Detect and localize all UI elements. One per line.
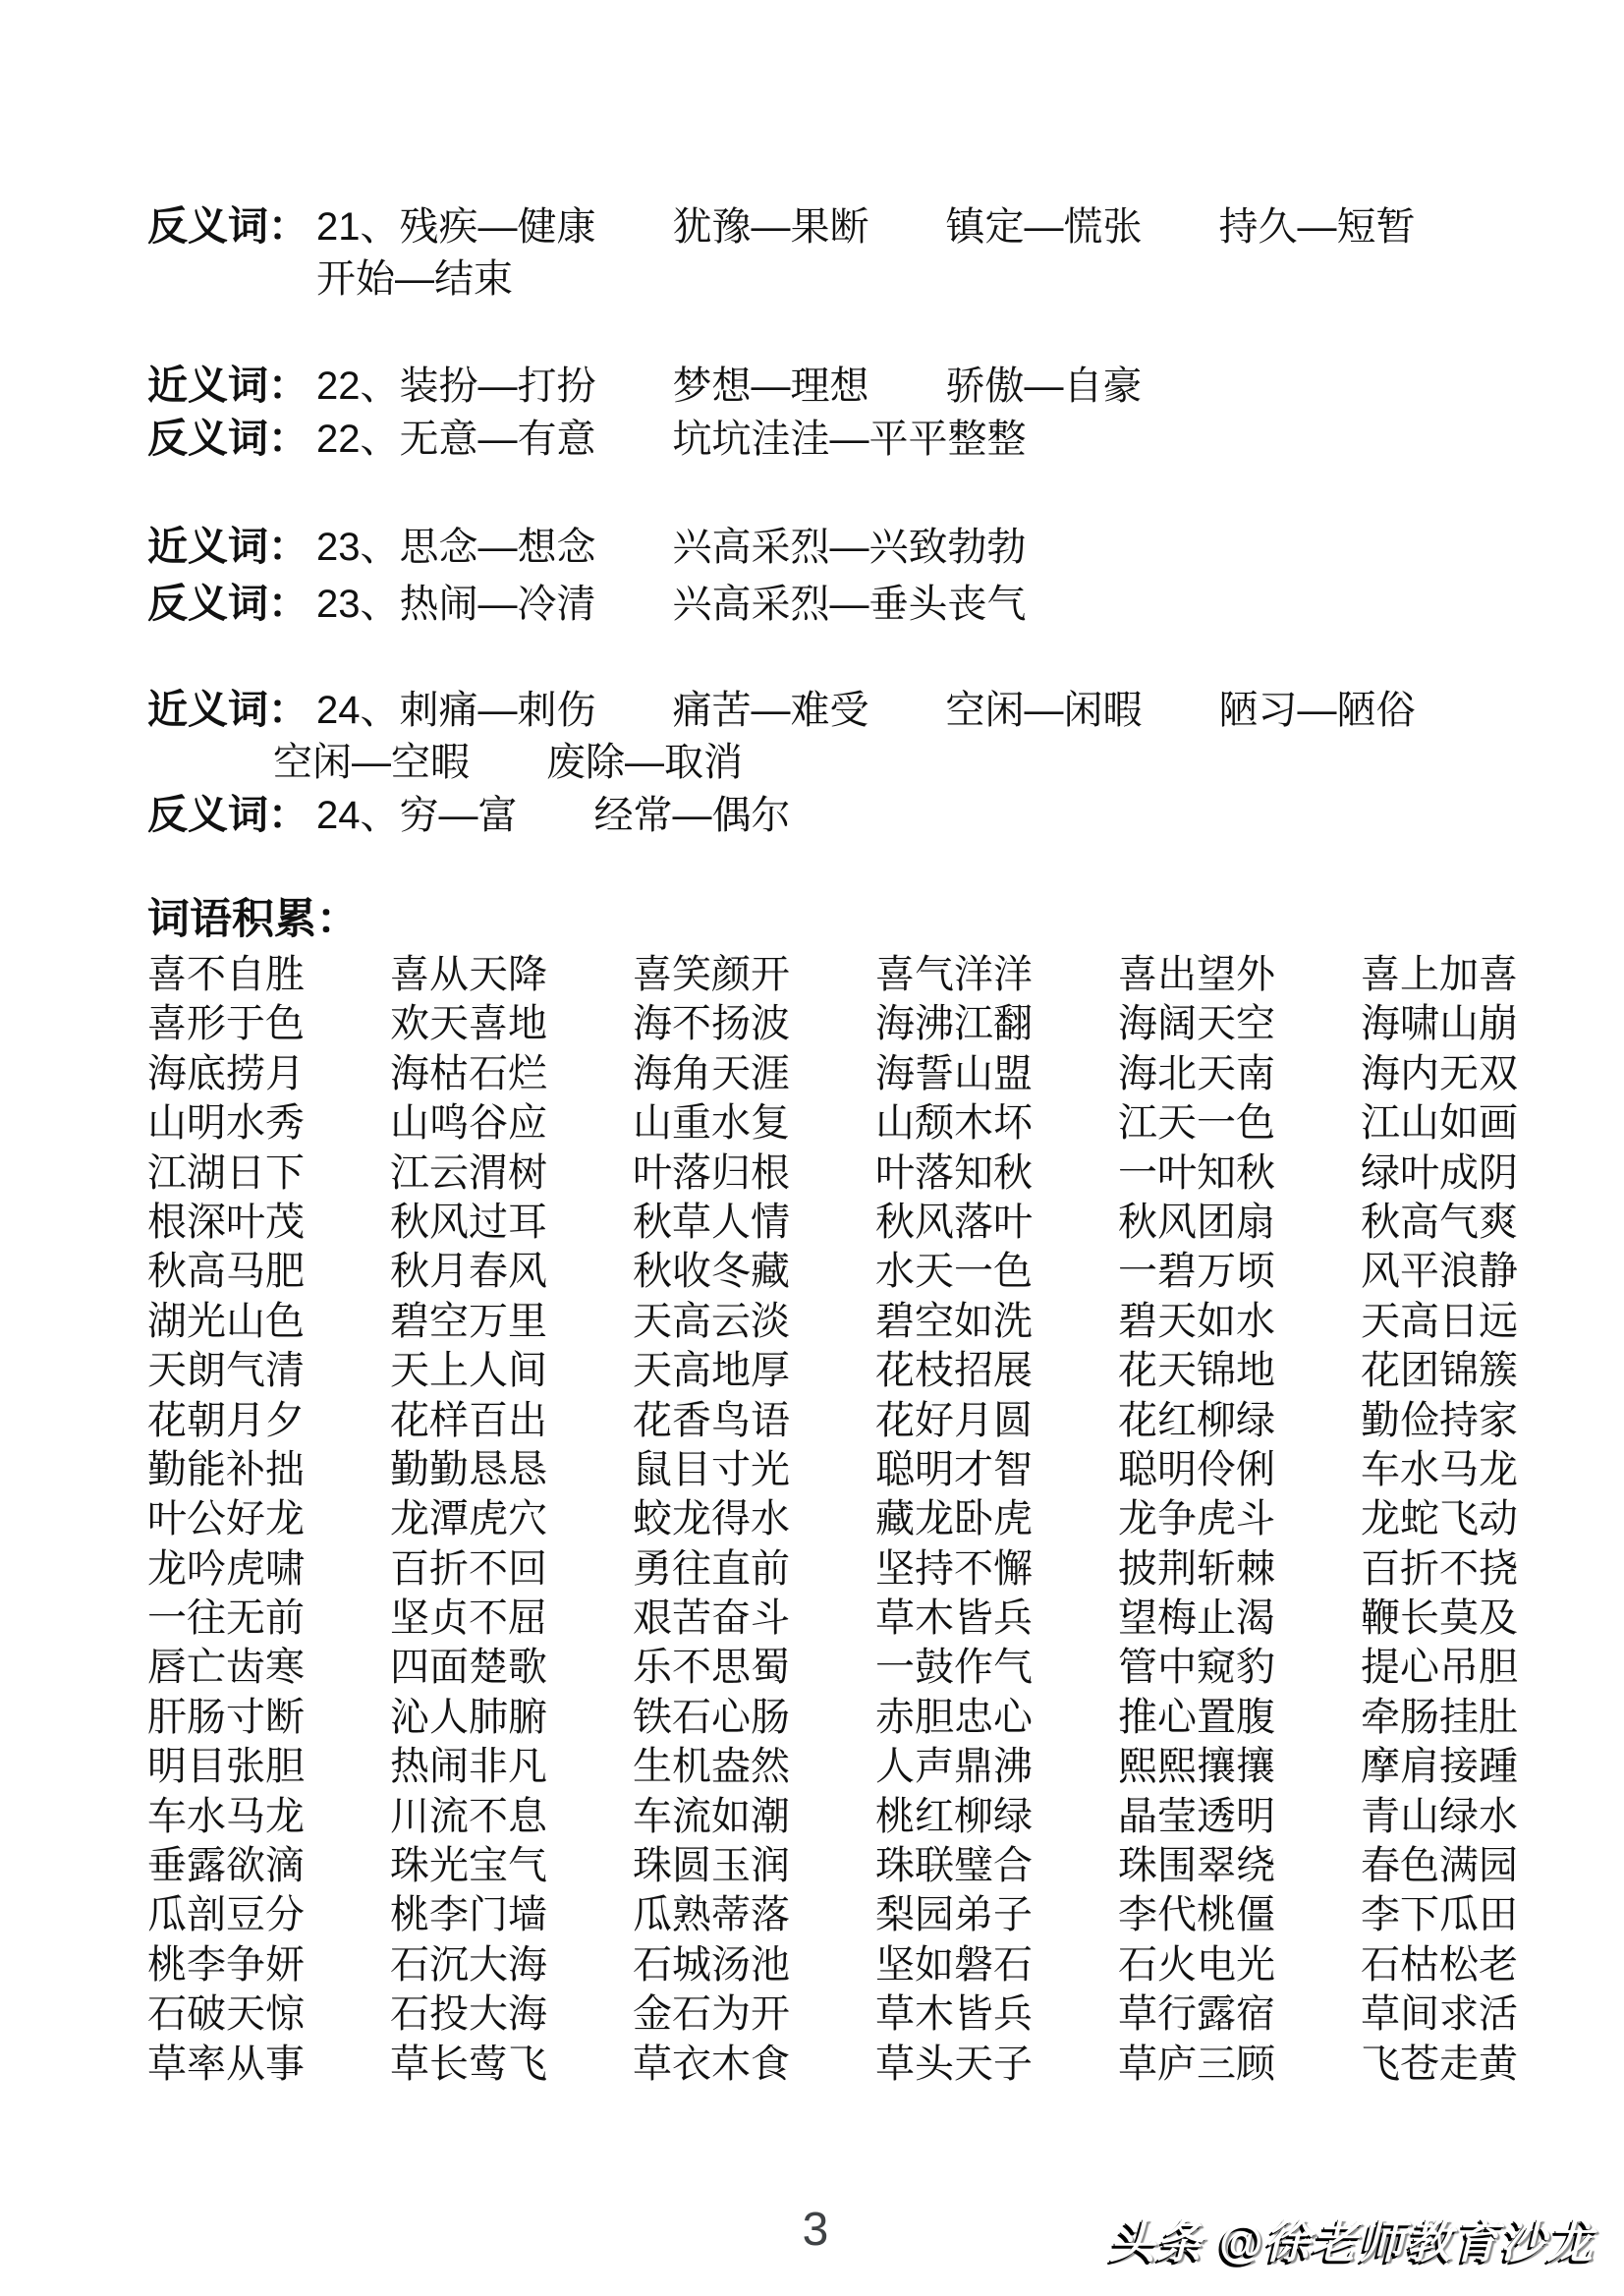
idiom: 碧空如洗 [875, 1297, 1118, 1346]
idiom: 蛟龙得水 [633, 1494, 875, 1543]
idiom: 一碧万顷 [1118, 1247, 1361, 1296]
word-pair-section: 近义词：24、刺痛—刺伤痛苦—难受空闲—闲暇陋习—陋俗空闲—空暇废除—取消 [147, 684, 1416, 789]
idiom: 秋高马肥 [147, 1247, 390, 1296]
idiom: 珠圆玉润 [633, 1841, 875, 1890]
idiom: 海阔天空 [1118, 999, 1361, 1048]
idiom: 青山绿水 [1361, 1792, 1603, 1841]
section-line: 反义词：22、无意—有意坑坑洼洼—平平整整 [147, 413, 1027, 466]
idiom: 花枝招展 [875, 1346, 1118, 1395]
idiom: 石枯松老 [1361, 1940, 1603, 1989]
idiom: 海沸江翻 [875, 999, 1118, 1048]
section-label: 反义词： [147, 578, 316, 630]
idiom: 海底捞月 [147, 1049, 390, 1098]
idiom: 天高地厚 [633, 1346, 875, 1395]
word-pair: 24、穷—富 [316, 794, 518, 837]
idiom: 管中窥豹 [1118, 1643, 1361, 1692]
vocab-heading: 词语积累： [147, 892, 359, 947]
section-line: 反义词：24、穷—富经常—偶尔 [147, 789, 791, 842]
idiom: 草长莺飞 [390, 2040, 633, 2089]
idiom: 鞭长莫及 [1361, 1594, 1603, 1643]
word-pair: 经常—偶尔 [594, 794, 791, 837]
idiom: 山颓木坏 [875, 1098, 1118, 1148]
word-pair: 兴高采烈—垂头丧气 [673, 583, 1027, 626]
section-label: 反义词： [147, 789, 316, 841]
idiom-row: 天朗气清天上人间天高地厚花枝招展花天锦地花团锦簇 [147, 1346, 1603, 1395]
idiom: 花天锦地 [1118, 1346, 1361, 1395]
idiom-row: 根深叶茂秋风过耳秋草人情秋风落叶秋风团扇秋高气爽 [147, 1198, 1603, 1247]
idiom: 勤能补拙 [147, 1445, 390, 1494]
idiom: 垂露欲滴 [147, 1841, 390, 1890]
idiom: 赤胆忠心 [875, 1693, 1118, 1742]
word-pair: 24、刺痛—刺伤 [316, 689, 596, 732]
idiom: 明目张胆 [147, 1742, 390, 1791]
idiom: 一叶知秋 [1118, 1148, 1361, 1198]
idiom: 摩肩接踵 [1361, 1742, 1603, 1791]
section-line: 反义词：23、热闹—冷清兴高采烈—垂头丧气 [147, 578, 1027, 631]
idiom: 海不扬波 [633, 999, 875, 1048]
idiom-row: 叶公好龙龙潭虎穴蛟龙得水藏龙卧虎龙争虎斗龙蛇飞动 [147, 1494, 1603, 1543]
idiom: 湖光山色 [147, 1297, 390, 1346]
idiom: 欢天喜地 [390, 999, 633, 1048]
word-pair: 废除—取消 [546, 741, 743, 784]
idiom: 金石为开 [633, 1989, 875, 2039]
word-pair: 梦想—理想 [673, 364, 869, 408]
word-pair: 空闲—空暇 [273, 741, 470, 784]
idiom: 一鼓作气 [875, 1643, 1118, 1692]
word-pair-section: 反义词：22、无意—有意坑坑洼洼—平平整整 [147, 413, 1027, 466]
word-pair: 23、思念—想念 [316, 526, 596, 569]
idiom: 龙争虎斗 [1118, 1494, 1361, 1543]
idiom: 珠光宝气 [390, 1841, 633, 1890]
idiom: 草木皆兵 [875, 1594, 1118, 1643]
idiom: 石投大海 [390, 1989, 633, 2039]
idiom: 瓜熟蒂落 [633, 1890, 875, 1939]
word-pair: 21、残疾—健康 [316, 205, 596, 249]
idiom: 坚贞不屈 [390, 1594, 633, 1643]
word-pair-section: 反义词：23、热闹—冷清兴高采烈—垂头丧气 [147, 578, 1027, 631]
idiom: 牵肠挂肚 [1361, 1693, 1603, 1742]
idiom: 四面楚歌 [390, 1643, 633, 1692]
idiom-row: 湖光山色碧空万里天高云淡碧空如洗碧天如水天高日远 [147, 1297, 1603, 1346]
idiom: 江山如画 [1361, 1098, 1603, 1148]
idiom: 艰苦奋斗 [633, 1594, 875, 1643]
section-line: 近义词：23、思念—想念兴高采烈—兴致勃勃 [147, 521, 1027, 574]
idiom: 鼠目寸光 [633, 1445, 875, 1494]
section-label: 近义词： [147, 684, 316, 736]
idiom: 喜出望外 [1118, 950, 1361, 999]
section-label: 近义词： [147, 521, 316, 573]
idiom: 花香鸟语 [633, 1396, 875, 1445]
idiom: 海枯石烂 [390, 1049, 633, 1098]
idiom-row: 垂露欲滴珠光宝气珠圆玉润珠联璧合珠围翠绕春色满园 [147, 1841, 1603, 1890]
idiom: 秋草人情 [633, 1198, 875, 1247]
section-line: 开始—结束 [147, 253, 1416, 306]
section-line: 近义词：22、装扮—打扮梦想—理想骄傲—自豪 [147, 360, 1143, 413]
word-pair-section: 反义词：24、穷—富经常—偶尔 [147, 789, 791, 842]
idiom: 勤勤恳恳 [390, 1445, 633, 1494]
idiom: 秋风过耳 [390, 1198, 633, 1247]
idiom: 草间求活 [1361, 1989, 1603, 2039]
idiom: 秋月春风 [390, 1247, 633, 1296]
idiom: 喜笑颜开 [633, 950, 875, 999]
idiom: 晶莹透明 [1118, 1792, 1361, 1841]
idiom: 海啸山崩 [1361, 999, 1603, 1048]
idiom: 草行露宿 [1118, 1989, 1361, 2039]
idiom: 草头天子 [875, 2040, 1118, 2089]
idiom: 龙蛇飞动 [1361, 1494, 1603, 1543]
word-pair: 22、装扮—打扮 [316, 364, 596, 408]
section-label: 反义词： [147, 200, 316, 252]
word-pair: 骄傲—自豪 [946, 364, 1143, 408]
idiom-row: 海底捞月海枯石烂海角天涯海誓山盟海北天南海内无双 [147, 1049, 1603, 1098]
idiom: 海誓山盟 [875, 1049, 1118, 1098]
idiom-row: 花朝月夕花样百出花香鸟语花好月圆花红柳绿勤俭持家 [147, 1396, 1603, 1445]
idiom-row: 石破天惊石投大海金石为开草木皆兵草行露宿草间求活 [147, 1989, 1603, 2039]
idiom: 喜从天降 [390, 950, 633, 999]
section-line: 近义词：24、刺痛—刺伤痛苦—难受空闲—闲暇陋习—陋俗 [147, 684, 1416, 737]
idiom: 石沉大海 [390, 1940, 633, 1989]
idiom: 坚持不懈 [875, 1544, 1118, 1594]
idiom-grid: 喜不自胜喜从天降喜笑颜开喜气洋洋喜出望外喜上加喜喜形于色欢天喜地海不扬波海沸江翻… [147, 950, 1603, 2089]
word-pair: 23、热闹—冷清 [316, 583, 596, 626]
idiom-row: 山明水秀山鸣谷应山重水复山颓木坏江天一色江山如画 [147, 1098, 1603, 1148]
idiom: 天朗气清 [147, 1346, 390, 1395]
idiom: 百折不回 [390, 1544, 633, 1594]
idiom: 百折不挠 [1361, 1544, 1603, 1594]
idiom: 海角天涯 [633, 1049, 875, 1098]
idiom: 天高云淡 [633, 1297, 875, 1346]
idiom: 飞苍走黄 [1361, 2040, 1603, 2089]
idiom: 车水马龙 [147, 1792, 390, 1841]
idiom: 花样百出 [390, 1396, 633, 1445]
idiom-row: 明目张胆热闹非凡生机盎然人声鼎沸熙熙攘攘摩肩接踵 [147, 1742, 1603, 1791]
word-pair: 坑坑洼洼—平平整整 [673, 418, 1027, 461]
idiom: 喜气洋洋 [875, 950, 1118, 999]
idiom: 秋风团扇 [1118, 1198, 1361, 1247]
idiom: 江湖日下 [147, 1148, 390, 1198]
idiom: 肝肠寸断 [147, 1693, 390, 1742]
idiom: 秋风落叶 [875, 1198, 1118, 1247]
page-number: 3 [747, 2203, 884, 2257]
word-pair: 22、无意—有意 [316, 418, 596, 461]
idiom: 一往无前 [147, 1594, 390, 1643]
idiom: 喜形于色 [147, 999, 390, 1048]
idiom: 绿叶成阴 [1361, 1148, 1603, 1198]
idiom: 热闹非凡 [390, 1742, 633, 1791]
word-pair: 陋习—陋俗 [1219, 689, 1416, 732]
idiom: 唇亡齿寒 [147, 1643, 390, 1692]
idiom: 人声鼎沸 [875, 1742, 1118, 1791]
idiom-row: 车水马龙川流不息车流如潮桃红柳绿晶莹透明青山绿水 [147, 1792, 1603, 1841]
word-pair: 犹豫—果断 [673, 205, 869, 249]
idiom: 李下瓜田 [1361, 1890, 1603, 1939]
idiom-row: 勤能补拙勤勤恳恳鼠目寸光聪明才智聪明伶俐车水马龙 [147, 1445, 1603, 1494]
idiom: 石城汤池 [633, 1940, 875, 1989]
idiom: 海内无双 [1361, 1049, 1603, 1098]
idiom: 天高日远 [1361, 1297, 1603, 1346]
idiom: 坚如磐石 [875, 1940, 1118, 1989]
idiom: 川流不息 [390, 1792, 633, 1841]
idiom: 藏龙卧虎 [875, 1494, 1118, 1543]
watermark: 头条 @徐老师教育沙龙 [1109, 2207, 1595, 2271]
document-page: 反义词：21、残疾—健康犹豫—果断镇定—慌张持久—短暂开始—结束近义词：22、装… [0, 0, 1624, 2296]
idiom: 花红柳绿 [1118, 1396, 1361, 1445]
idiom-row: 草率从事草长莺飞草衣木食草头天子草庐三顾飞苍走黄 [147, 2040, 1603, 2089]
idiom: 瓜剖豆分 [147, 1890, 390, 1939]
word-pair-section: 近义词：23、思念—想念兴高采烈—兴致勃勃 [147, 521, 1027, 574]
idiom: 桃李争妍 [147, 1940, 390, 1989]
section-label: 反义词： [147, 413, 316, 465]
idiom: 碧天如水 [1118, 1297, 1361, 1346]
idiom: 李代桃僵 [1118, 1890, 1361, 1939]
idiom: 梨园弟子 [875, 1890, 1118, 1939]
idiom-row: 江湖日下江云渭树叶落归根叶落知秋一叶知秋绿叶成阴 [147, 1148, 1603, 1198]
idiom: 披荆斩棘 [1118, 1544, 1361, 1594]
idiom: 车水马龙 [1361, 1445, 1603, 1494]
idiom: 珠联璧合 [875, 1841, 1118, 1890]
idiom: 叶落归根 [633, 1148, 875, 1198]
idiom: 乐不思蜀 [633, 1643, 875, 1692]
idiom-row: 肝肠寸断沁人肺腑铁石心肠赤胆忠心推心置腹牵肠挂肚 [147, 1693, 1603, 1742]
idiom: 提心吊胆 [1361, 1643, 1603, 1692]
idiom: 草庐三顾 [1118, 2040, 1361, 2089]
idiom: 聪明才智 [875, 1445, 1118, 1494]
idiom: 山鸣谷应 [390, 1098, 633, 1148]
idiom: 江天一色 [1118, 1098, 1361, 1148]
word-pair: 痛苦—难受 [673, 689, 869, 732]
idiom: 春色满园 [1361, 1841, 1603, 1890]
idiom: 推心置腹 [1118, 1693, 1361, 1742]
idiom: 秋收冬藏 [633, 1247, 875, 1296]
section-line: 反义词：21、残疾—健康犹豫—果断镇定—慌张持久—短暂 [147, 200, 1416, 253]
idiom: 风平浪静 [1361, 1247, 1603, 1296]
idiom: 车流如潮 [633, 1792, 875, 1841]
idiom: 叶落知秋 [875, 1148, 1118, 1198]
idiom: 沁人肺腑 [390, 1693, 633, 1742]
idiom-row: 一往无前坚贞不屈艰苦奋斗草木皆兵望梅止渴鞭长莫及 [147, 1594, 1603, 1643]
idiom: 花团锦簇 [1361, 1346, 1603, 1395]
idiom: 熙熙攘攘 [1118, 1742, 1361, 1791]
idiom: 碧空万里 [390, 1297, 633, 1346]
idiom: 珠围翠绕 [1118, 1841, 1361, 1890]
idiom-row: 桃李争妍石沉大海石城汤池坚如磐石石火电光石枯松老 [147, 1940, 1603, 1989]
idiom: 望梅止渴 [1118, 1594, 1361, 1643]
idiom: 生机盎然 [633, 1742, 875, 1791]
idiom-row: 瓜剖豆分桃李门墙瓜熟蒂落梨园弟子李代桃僵李下瓜田 [147, 1890, 1603, 1939]
idiom: 花好月圆 [875, 1396, 1118, 1445]
idiom: 喜上加喜 [1361, 950, 1603, 999]
idiom: 草率从事 [147, 2040, 390, 2089]
word-pair-section: 近义词：22、装扮—打扮梦想—理想骄傲—自豪 [147, 360, 1143, 413]
idiom: 山明水秀 [147, 1098, 390, 1148]
idiom: 勇往直前 [633, 1544, 875, 1594]
word-pair: 空闲—闲暇 [946, 689, 1143, 732]
section-line: 空闲—空暇废除—取消 [147, 737, 1416, 789]
idiom-row: 龙吟虎啸百折不回勇往直前坚持不懈披荆斩棘百折不挠 [147, 1544, 1603, 1594]
idiom: 根深叶茂 [147, 1198, 390, 1247]
idiom: 花朝月夕 [147, 1396, 390, 1445]
word-pair: 兴高采烈—兴致勃勃 [673, 526, 1027, 569]
idiom: 龙潭虎穴 [390, 1494, 633, 1543]
idiom: 水天一色 [875, 1247, 1118, 1296]
idiom: 勤俭持家 [1361, 1396, 1603, 1445]
idiom: 天上人间 [390, 1346, 633, 1395]
word-pair: 镇定—慌张 [946, 205, 1143, 249]
idiom: 江云渭树 [390, 1148, 633, 1198]
idiom-row: 喜形于色欢天喜地海不扬波海沸江翻海阔天空海啸山崩 [147, 999, 1603, 1048]
idiom: 喜不自胜 [147, 950, 390, 999]
idiom: 铁石心肠 [633, 1693, 875, 1742]
idiom: 草衣木食 [633, 2040, 875, 2089]
idiom: 秋高气爽 [1361, 1198, 1603, 1247]
idiom: 龙吟虎啸 [147, 1544, 390, 1594]
idiom: 聪明伶俐 [1118, 1445, 1361, 1494]
word-pair: 持久—短暂 [1219, 205, 1416, 249]
idiom: 海北天南 [1118, 1049, 1361, 1098]
idiom: 草木皆兵 [875, 1989, 1118, 2039]
word-pair-section: 反义词：21、残疾—健康犹豫—果断镇定—慌张持久—短暂开始—结束 [147, 200, 1416, 306]
idiom: 山重水复 [633, 1098, 875, 1148]
idiom-row: 秋高马肥秋月春风秋收冬藏水天一色一碧万顷风平浪静 [147, 1247, 1603, 1296]
idiom: 石破天惊 [147, 1989, 390, 2039]
idiom-row: 唇亡齿寒四面楚歌乐不思蜀一鼓作气管中窥豹提心吊胆 [147, 1643, 1603, 1692]
idiom: 石火电光 [1118, 1940, 1361, 1989]
idiom: 桃李门墙 [390, 1890, 633, 1939]
section-label: 近义词： [147, 360, 316, 412]
idiom: 叶公好龙 [147, 1494, 390, 1543]
idiom-row: 喜不自胜喜从天降喜笑颜开喜气洋洋喜出望外喜上加喜 [147, 950, 1603, 999]
idiom: 桃红柳绿 [875, 1792, 1118, 1841]
word-pair: 开始—结束 [316, 257, 513, 301]
